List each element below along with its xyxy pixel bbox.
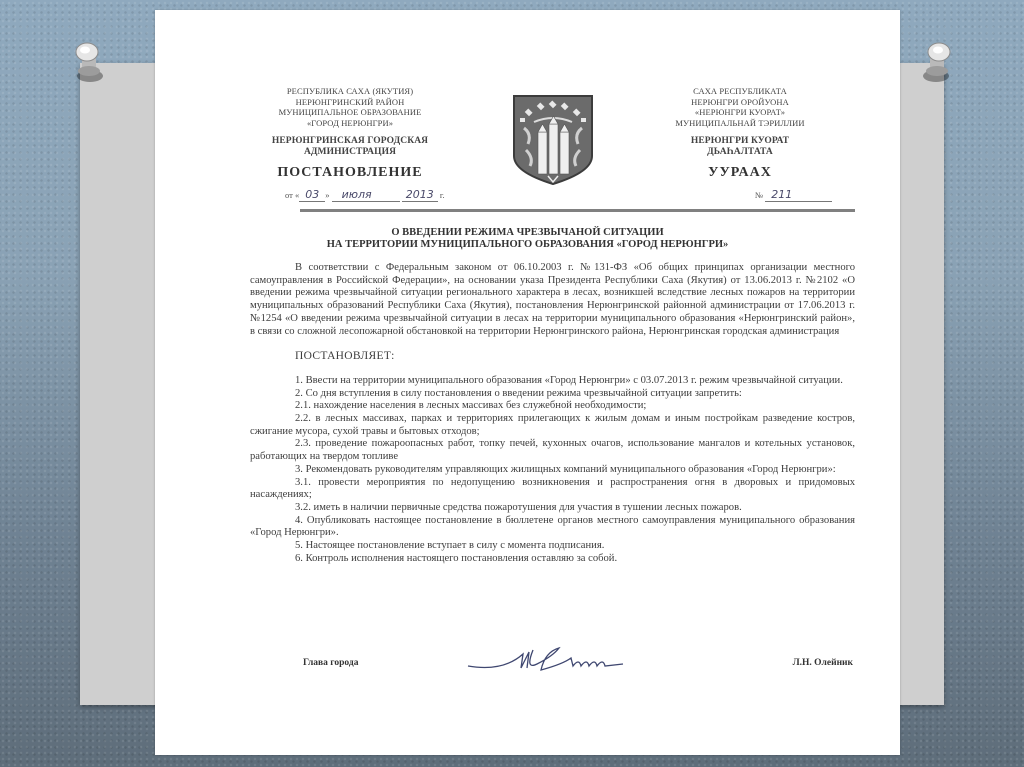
header-left-line: РЕСПУБЛИКА САХА (ЯКУТИЯ)	[250, 86, 450, 97]
handwritten-signature-icon	[463, 644, 633, 674]
decree-item: 2.1. нахождение населения в лесных масси…	[250, 400, 855, 413]
decree-item: 2.3. проведение пожароопасных работ, топ…	[250, 438, 855, 463]
decree-item: 5. Настоящее постановление вступает в си…	[250, 540, 855, 553]
decree-word: ПОСТАНОВЛЯЕТ:	[250, 350, 855, 363]
document-title: О ВВЕДЕНИИ РЕЖИМА ЧРЕЗВЫЧАНОЙ СИТУАЦИИ Н…	[250, 227, 805, 251]
pushpin-icon	[920, 40, 956, 84]
admin-line: НЕРЮНГРИНСКАЯ ГОРОДСКАЯ	[250, 136, 450, 147]
decree-item: 3. Рекомендовать руководителям управляющ…	[250, 464, 855, 477]
doc-type-sakha: УУРААХ	[660, 168, 820, 179]
number-prefix: №	[755, 190, 763, 200]
date-line: от «03» июля 2013 г.	[285, 188, 445, 201]
admin-line: ДЬАҺАЛТАТА	[660, 147, 820, 158]
signer-role: Глава города	[303, 658, 358, 668]
header-left-admin: НЕРЮНГРИНСКАЯ ГОРОДСКАЯ АДМИНИСТРАЦИЯ	[250, 136, 450, 158]
date-prefix: от «	[285, 190, 299, 200]
pushpin-icon	[70, 40, 106, 84]
date-month: июля	[332, 188, 400, 202]
header-right-line: МУНИЦИПАЛЬНАЙ ТЭРИЛЛИИ	[660, 118, 820, 129]
admin-line: АДМИНИСТРАЦИЯ	[250, 147, 450, 158]
header-right-admin: НЕРЮНГРИ КУОРАТ ДЬАҺАЛТАТА	[660, 136, 820, 158]
document-body: В соответствии с Федеральным законом от …	[250, 262, 855, 565]
header-left-line: «ГОРОД НЕРЮНГРИ»	[250, 118, 450, 129]
admin-line: НЕРЮНГРИ КУОРАТ	[660, 136, 820, 147]
header-right-line: САХА РЕСПУБЛИКАТА	[660, 86, 820, 97]
decree-item: 4. Опубликовать настоящее постановление …	[250, 515, 855, 540]
header-left: РЕСПУБЛИКА САХА (ЯКУТИЯ) НЕРЮНГРИНСКИЙ Р…	[250, 86, 450, 179]
document-number: 211	[765, 188, 832, 202]
date-day: 03	[299, 188, 325, 202]
decree-item: 2.2. в лесных массивах, парках и террито…	[250, 413, 855, 438]
decree-item: 6. Контроль исполнения настоящего постан…	[250, 553, 855, 566]
signer-name: Л.Н. Олейник	[793, 658, 853, 668]
doc-type-ru: ПОСТАНОВЛЕНИЕ	[250, 168, 450, 179]
header-divider	[300, 209, 855, 212]
title-line: НА ТЕРРИТОРИИ МУНИЦИПАЛЬНОГО ОБРАЗОВАНИЯ…	[250, 239, 805, 251]
header-left-line: МУНИЦИПАЛЬНОЕ ОБРАЗОВАНИЕ	[250, 107, 450, 118]
date-year: 2013	[402, 188, 438, 202]
decree-item: 3.1. провести мероприятия по недопущению…	[250, 477, 855, 502]
preamble: В соответствии с Федеральным законом от …	[250, 262, 855, 338]
header-right-line: «НЕРЮНГРИ КУОРАТ»	[660, 107, 820, 118]
decree-item: 2. Со дня вступления в силу постановлени…	[250, 388, 855, 401]
decree-item: 3.2. иметь в наличии первичные средства …	[250, 502, 855, 515]
header-right: САХА РЕСПУБЛИКАТА НЕРЮНГРИ ОРОЙУОНА «НЕР…	[660, 86, 820, 179]
title-line: О ВВЕДЕНИИ РЕЖИМА ЧРЕЗВЫЧАНОЙ СИТУАЦИИ	[250, 227, 805, 239]
city-coat-of-arms-icon	[512, 94, 594, 186]
header-right-line: НЕРЮНГРИ ОРОЙУОНА	[660, 97, 820, 108]
date-mid: »	[325, 190, 329, 200]
number-line: № 211	[755, 188, 832, 201]
document-page: РЕСПУБЛИКА САХА (ЯКУТИЯ) НЕРЮНГРИНСКИЙ Р…	[155, 10, 900, 755]
date-suffix: г.	[440, 190, 445, 200]
decree-item: 1. Ввести на территории муниципального о…	[250, 375, 855, 388]
header-left-line: НЕРЮНГРИНСКИЙ РАЙОН	[250, 97, 450, 108]
signature-block: Глава города Л.Н. Олейник	[303, 652, 853, 682]
